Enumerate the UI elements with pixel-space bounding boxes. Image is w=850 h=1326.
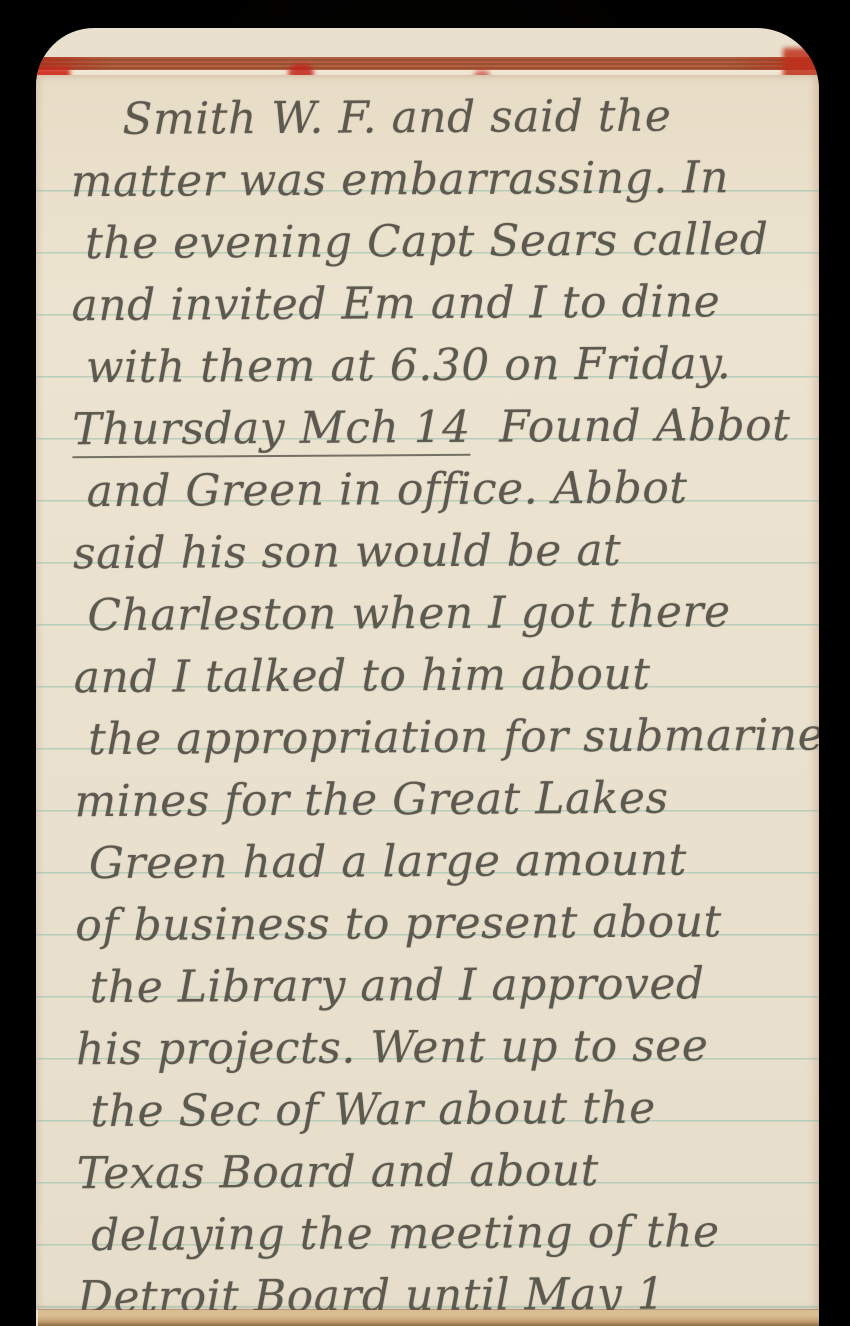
handwriting-text: Smith W. F. and said thematter was embar… (70, 85, 809, 1326)
handwriting-line: the evening Capt Sears called (71, 209, 802, 275)
handwriting-line: delaying the meeting of the (77, 1201, 808, 1267)
handwriting-segment: Found Abbot (485, 400, 791, 453)
handwriting-line: Green had a large amount (75, 829, 806, 895)
handwriting-line: and Green in office. Abbot (72, 457, 803, 523)
handwriting-line: said his son would be at (73, 519, 804, 585)
handwriting-segment: matter was embarrassing. In (71, 152, 730, 207)
handwriting-segment: Green had a large amount (89, 834, 687, 889)
handwriting-segment: the appropriation for submarine (88, 710, 819, 765)
handwriting-segment: of business to present about (75, 896, 722, 951)
page-stack-top-edge (36, 28, 819, 57)
paper-face: Smith W. F. and said thematter was embar… (36, 75, 819, 1310)
page-stack-red-edge (36, 57, 819, 70)
handwriting-line: matter was embarrassing. In (71, 147, 802, 213)
handwriting-segment: Smith W. F. and said the (122, 91, 671, 145)
handwriting-line: the Sec of War about the (76, 1077, 807, 1143)
handwriting-segment: mines for the Great Lakes (74, 773, 668, 828)
handwriting-line: Charleston when I got there (73, 581, 804, 647)
handwriting-line: of business to present about (75, 891, 806, 957)
handwriting-segment: and invited Em and I to dine (71, 276, 720, 331)
handwriting-segment: Texas Board and about (77, 1145, 599, 1199)
handwriting-segment: and I talked to him about (74, 649, 651, 704)
handwriting-line: and I talked to him about (74, 643, 805, 709)
handwriting-line: the Library and I approved (76, 953, 807, 1019)
handwriting-segment: the Library and I approved (90, 958, 705, 1013)
photo-background: Smith W. F. and said thematter was embar… (0, 0, 850, 1326)
handwriting-line: Smith W. F. and said the (70, 85, 801, 151)
handwriting-line: his projects. Went up to see (76, 1015, 807, 1081)
handwriting-line: with them at 6.30 on Friday. (72, 333, 803, 399)
handwriting-segment: and Green in office. Abbot (87, 462, 688, 517)
notebook-page: Smith W. F. and said thematter was embar… (36, 28, 819, 1326)
handwriting-segment: the Sec of War about the (90, 1083, 656, 1137)
handwriting-line: the appropriation for submarine (74, 705, 805, 771)
handwriting-segment: said his son would be at (73, 525, 622, 579)
handwriting-segment: with them at 6.30 on Friday. (86, 338, 732, 393)
handwriting-segment: delaying the meeting of the (91, 1206, 720, 1261)
page-bottom-edge (38, 1310, 819, 1326)
handwriting-line: mines for the Great Lakes (74, 767, 805, 833)
handwriting-line: Thursday Mch 14 Found Abbot (72, 395, 803, 461)
handwriting-line: and invited Em and I to dine (71, 271, 802, 337)
handwriting-segment: Charleston when I got there (87, 586, 730, 641)
handwriting-segment: the evening Capt Sears called (85, 214, 769, 269)
handwriting-segment: his projects. Went up to see (76, 1020, 709, 1075)
handwriting-line: Texas Board and about (77, 1139, 808, 1205)
date-heading: Thursday Mch 14 (72, 402, 471, 458)
